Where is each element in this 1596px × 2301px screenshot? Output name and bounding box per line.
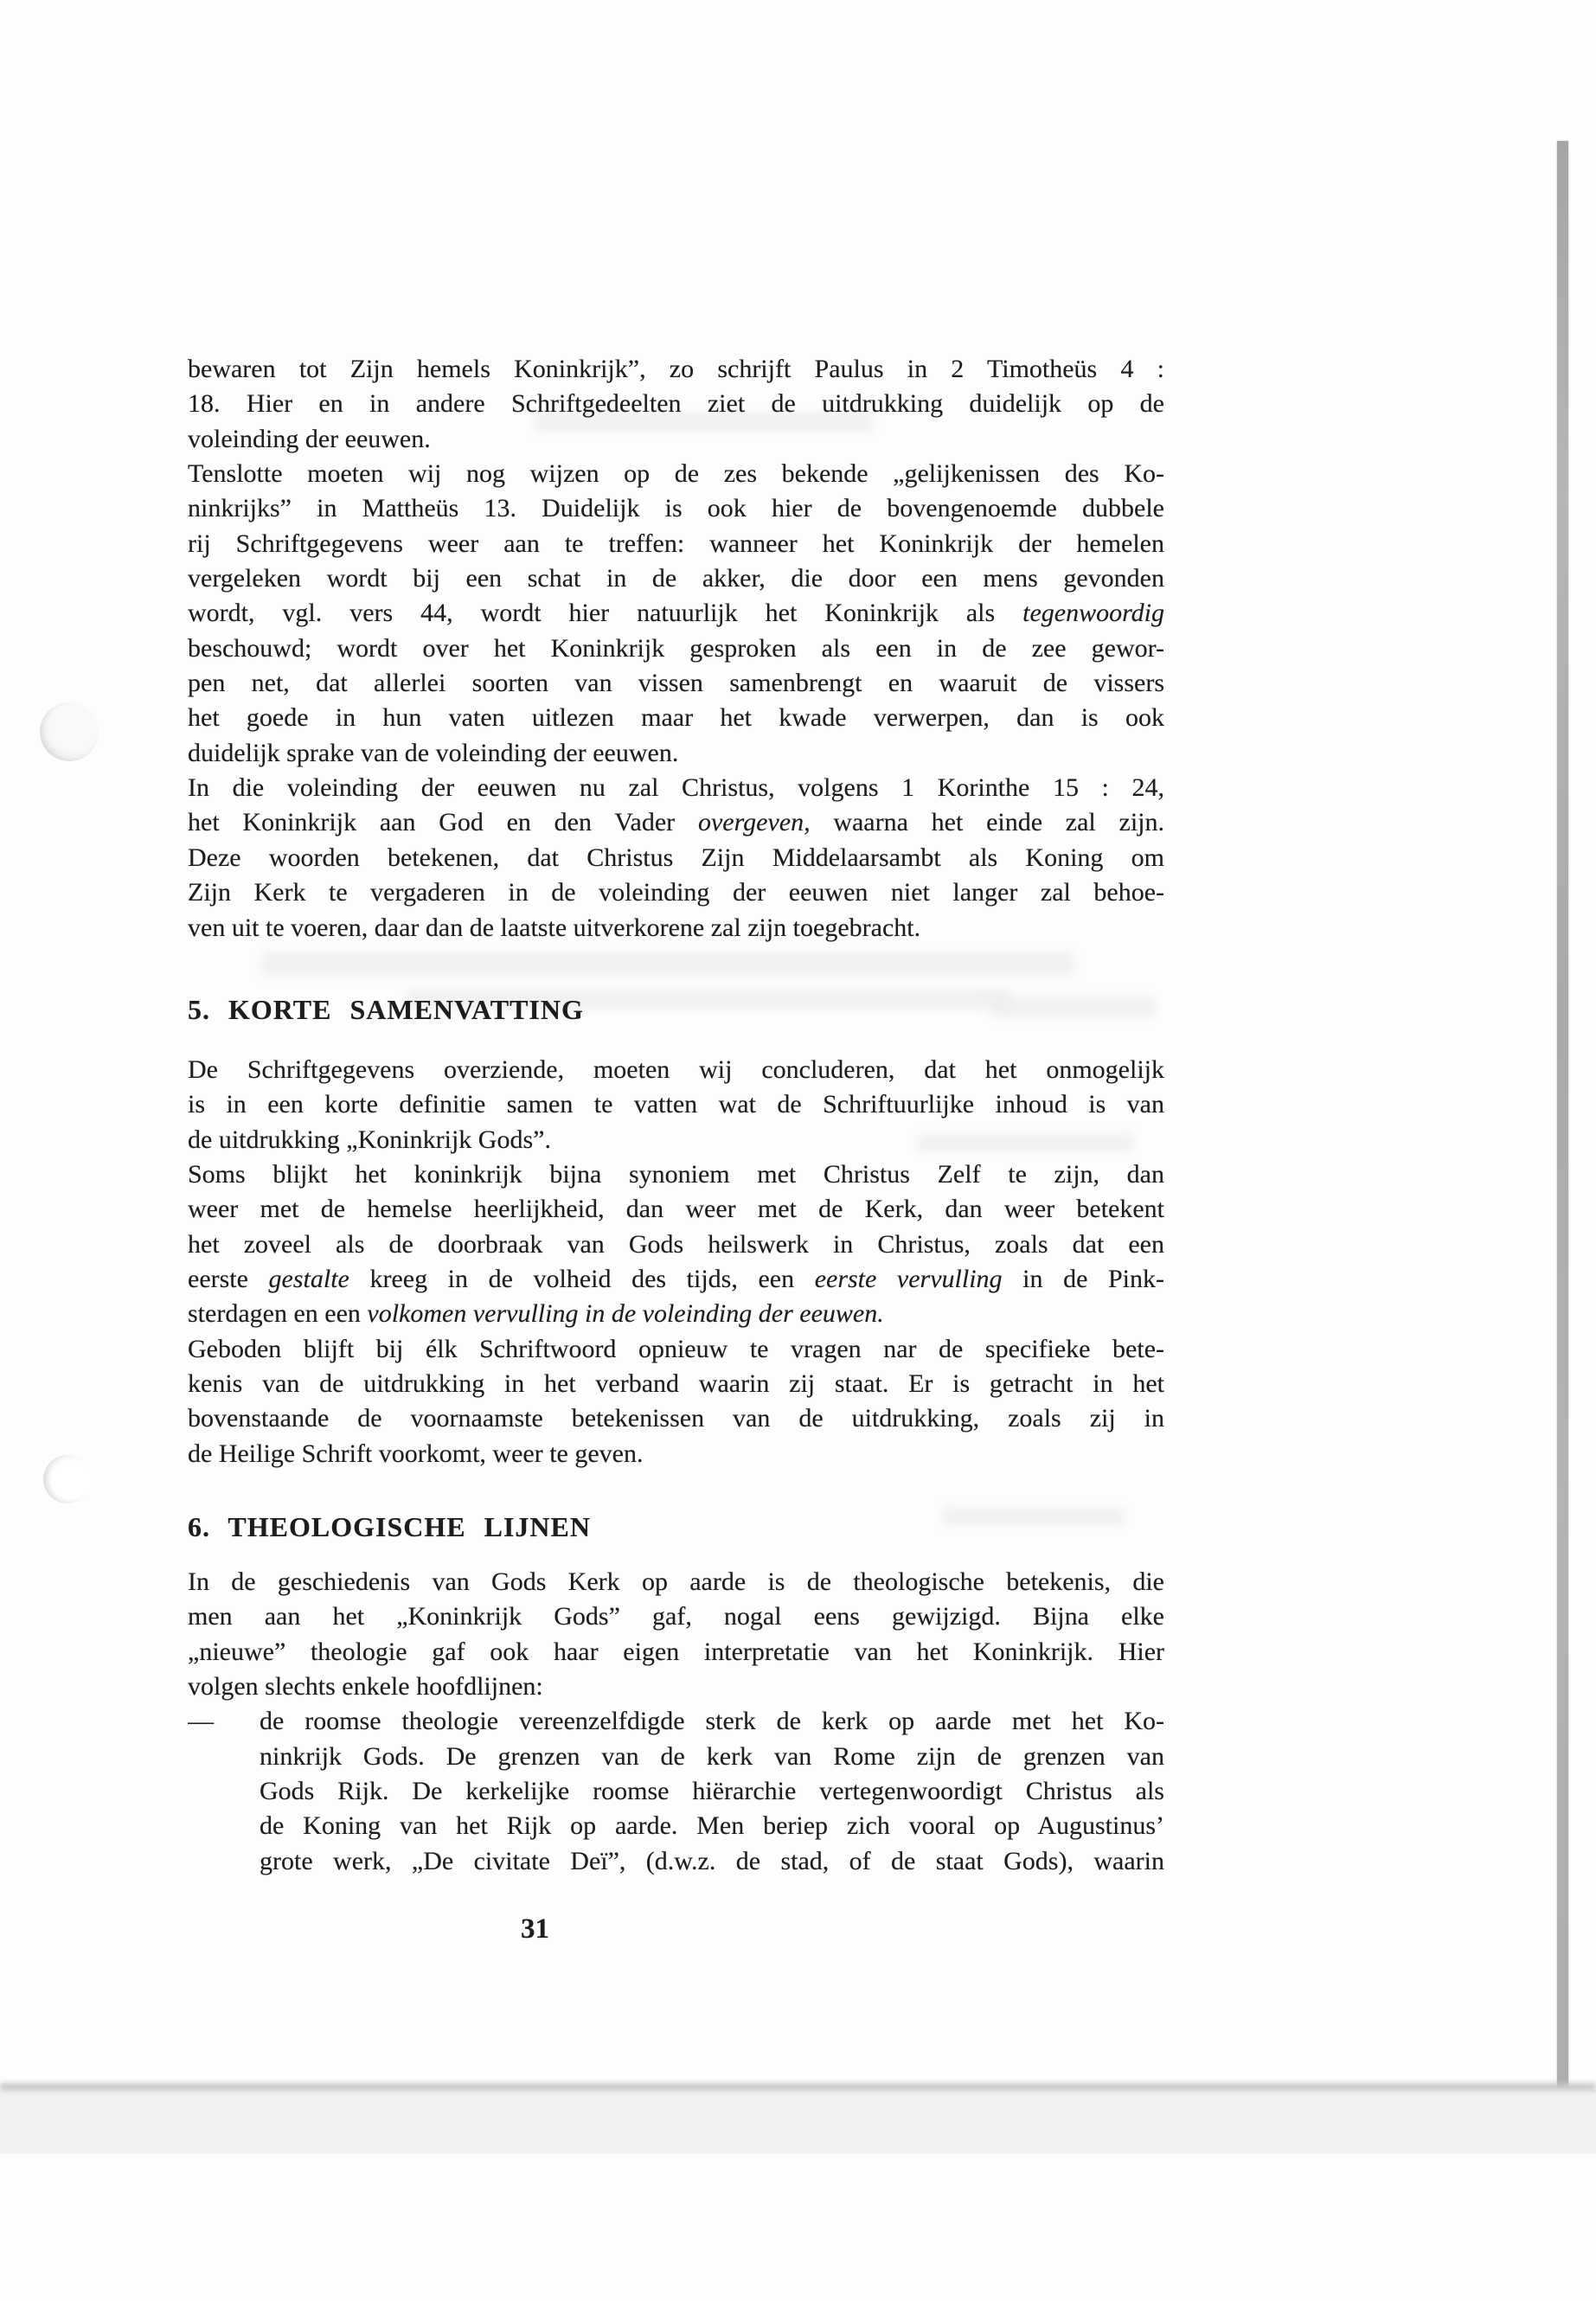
text-line: volgen slechts enkele hoofdlijnen: xyxy=(188,1670,1164,1704)
text-line: is in een korte definitie samen te vatte… xyxy=(188,1087,1164,1122)
text-line: ninkrijks” in Mattheüs 13. Duidelijk is … xyxy=(188,491,1164,526)
text-segment: kreeg in de volheid des tijds, een xyxy=(349,1265,815,1293)
italic-text-segment: tegenwoordig xyxy=(1022,599,1164,627)
text-line: de uitdrukking „Koninkrijk Gods”. xyxy=(188,1123,1164,1157)
text-line: weer met de hemelse heerlijkheid, dan we… xyxy=(188,1192,1164,1227)
text-line: pen net, dat allerlei soorten van vissen… xyxy=(188,666,1164,701)
text-line: bovenstaande de voornaamste betekenissen… xyxy=(188,1401,1164,1436)
text-line: vergeleken wordt bij een schat in de akk… xyxy=(188,561,1164,596)
text-line: Gods Rijk. De kerkelijke roomse hiërarch… xyxy=(188,1774,1164,1809)
text-line: kenis van de uitdrukking in het verband … xyxy=(188,1367,1164,1401)
text-segment: In die voleinding der eeuwen nu zal Chri… xyxy=(188,773,1164,802)
text-segment: grote werk, „De civitate Deï”, (d.w.z. d… xyxy=(260,1847,1164,1875)
text-segment: bovenstaande de voornaamste betekenissen… xyxy=(188,1404,1164,1433)
text-line: In de geschiedenis van Gods Kerk op aard… xyxy=(188,1565,1164,1599)
text-line: duidelijk sprake van de voleinding der e… xyxy=(188,736,1164,771)
text-segment: Deze woorden betekenen, dat Christus Zij… xyxy=(188,843,1164,872)
text-line: de Koning van het Rijk op aarde. Men ber… xyxy=(188,1809,1164,1843)
text-line: „nieuwe” theologie gaf ook haar eigen in… xyxy=(188,1635,1164,1670)
text-segment: de Heilige Schrift voorkomt, weer te gev… xyxy=(188,1439,644,1468)
text-line: Zijn Kerk te vergaderen in de voleinding… xyxy=(188,875,1164,910)
text-segment: rij Schriftgegevens weer aan te treffen:… xyxy=(188,529,1164,558)
text-column: bewaren tot Zijn hemels Koninkrijk”, zo … xyxy=(188,352,1164,1879)
text-segment: eerste xyxy=(188,1265,269,1293)
page-bottom-band xyxy=(0,2090,1596,2154)
text-segment: het Koninkrijk aan God en den Vader xyxy=(188,808,698,836)
text-line: ven uit te voeren, daar dan de laatste u… xyxy=(188,911,1164,945)
text-line: het Koninkrijk aan God en den Vader over… xyxy=(188,805,1164,840)
text-segment: volgen slechts enkele hoofdlijnen: xyxy=(188,1672,543,1701)
paragraph: In de geschiedenis van Gods Kerk op aard… xyxy=(188,1565,1164,1879)
punch-hole-bottom xyxy=(43,1455,92,1503)
italic-text-segment: overgeven, xyxy=(698,808,811,836)
text-segment: duidelijk sprake van de voleinding der e… xyxy=(188,739,678,767)
text-line: men aan het „Koninkrijk Gods” gaf, nogal… xyxy=(188,1599,1164,1634)
text-segment: pen net, dat allerlei soorten van vissen… xyxy=(188,669,1164,697)
text-line: ninkrijk Gods. De grenzen van de kerk va… xyxy=(188,1740,1164,1774)
text-line: beschouwd; wordt over het Koninkrijk ges… xyxy=(188,631,1164,666)
text-segment: bewaren tot Zijn hemels Koninkrijk”, zo … xyxy=(188,355,1164,383)
text-line: De Schriftgegevens overziende, moeten wi… xyxy=(188,1053,1164,1087)
italic-text-segment: gestalte xyxy=(269,1265,349,1293)
text-line: voleinding der eeuwen. xyxy=(188,422,1164,457)
text-line: Geboden blijft bij élk Schriftwoord opni… xyxy=(188,1332,1164,1367)
text-segment: het zoveel als de doorbraak van Gods hei… xyxy=(188,1230,1164,1259)
text-segment: Zijn Kerk te vergaderen in de voleinding… xyxy=(188,878,1164,907)
text-segment: wordt, vgl. vers 44, wordt hier natuurli… xyxy=(188,599,1022,627)
text-segment: Soms blijkt het koninkrijk bijna synonie… xyxy=(188,1160,1164,1189)
punch-hole-top xyxy=(40,702,99,761)
text-segment: vergeleken wordt bij een schat in de akk… xyxy=(188,564,1164,593)
text-line: Tenslotte moeten wij nog wijzen op de ze… xyxy=(188,457,1164,491)
text-line: In die voleinding der eeuwen nu zal Chri… xyxy=(188,771,1164,805)
text-line: rij Schriftgegevens weer aan te treffen:… xyxy=(188,527,1164,561)
text-segment: het goede in hun vaten uitlezen maar het… xyxy=(188,703,1164,732)
italic-text-segment: eerste vervulling xyxy=(815,1265,1003,1293)
text-line: het goede in hun vaten uitlezen maar het… xyxy=(188,701,1164,735)
text-line: Soms blijkt het koninkrijk bijna synonie… xyxy=(188,1157,1164,1192)
paragraph: De Schriftgegevens overziende, moeten wi… xyxy=(188,1053,1164,1471)
text-segment: de uitdrukking „Koninkrijk Gods”. xyxy=(188,1125,551,1154)
text-segment: 18. Hier en in andere Schriftgedeelten z… xyxy=(188,389,1164,418)
page-number: 31 xyxy=(521,1913,549,1945)
text-segment: de roomse theologie vereenzelfdigde ster… xyxy=(260,1707,1164,1735)
text-segment: sterdagen en een xyxy=(188,1299,367,1328)
section-heading: 6. THEOLOGISCHE LIJNEN xyxy=(188,1509,1164,1544)
scanner-strip-artifact xyxy=(1557,141,1568,2087)
text-segment: De Schriftgegevens overziende, moeten wi… xyxy=(188,1055,1164,1084)
text-line: grote werk, „De civitate Deï”, (d.w.z. d… xyxy=(188,1844,1164,1879)
text-segment: men aan het „Koninkrijk Gods” gaf, nogal… xyxy=(188,1602,1164,1631)
text-segment: kenis van de uitdrukking in het verband … xyxy=(188,1369,1164,1398)
text-segment: Gods Rijk. De kerkelijke roomse hiërarch… xyxy=(260,1777,1164,1805)
text-segment: is in een korte definitie samen te vatte… xyxy=(188,1090,1164,1118)
text-segment: „nieuwe” theologie gaf ook haar eigen in… xyxy=(188,1638,1164,1666)
text-line: bewaren tot Zijn hemels Koninkrijk”, zo … xyxy=(188,352,1164,387)
text-line: de Heilige Schrift voorkomt, weer te gev… xyxy=(188,1437,1164,1471)
text-segment: de Koning van het Rijk op aarde. Men ber… xyxy=(260,1811,1164,1840)
section-heading: 5. KORTE SAMENVATTING xyxy=(188,992,1164,1027)
text-line: —de roomse theologie vereenzelfdigde ste… xyxy=(188,1704,1164,1739)
text-segment: Tenslotte moeten wij nog wijzen op de ze… xyxy=(188,459,1164,488)
text-segment: ninkrijk Gods. De grenzen van de kerk va… xyxy=(260,1742,1164,1771)
text-line: het zoveel als de doorbraak van Gods hei… xyxy=(188,1227,1164,1262)
text-segment: ven uit te voeren, daar dan de laatste u… xyxy=(188,913,920,942)
text-line: sterdagen en een volkomen vervulling in … xyxy=(188,1297,1164,1331)
text-segment: ninkrijks” in Mattheüs 13. Duidelijk is … xyxy=(188,494,1164,522)
text-segment: voleinding der eeuwen. xyxy=(188,425,431,453)
paragraph: bewaren tot Zijn hemels Koninkrijk”, zo … xyxy=(188,352,1164,945)
text-line: Deze woorden betekenen, dat Christus Zij… xyxy=(188,841,1164,875)
text-segment: In de geschiedenis van Gods Kerk op aard… xyxy=(188,1567,1164,1596)
italic-text-segment: volkomen vervulling in de voleinding der… xyxy=(367,1299,883,1328)
text-line: eerste gestalte kreeg in de volheid des … xyxy=(188,1262,1164,1297)
text-segment: weer met de hemelse heerlijkheid, dan we… xyxy=(188,1195,1164,1223)
text-line: 18. Hier en in andere Schriftgedeelten z… xyxy=(188,387,1164,421)
text-line: wordt, vgl. vers 44, wordt hier natuurli… xyxy=(188,596,1164,631)
list-dash: — xyxy=(188,1704,214,1739)
text-segment: Geboden blijft bij élk Schriftwoord opni… xyxy=(188,1335,1164,1363)
page-edge-shadow xyxy=(0,2083,1596,2091)
text-segment: waarna het einde zal zijn. xyxy=(811,808,1164,836)
text-segment: in de Pink- xyxy=(1003,1265,1164,1293)
text-segment: beschouwd; wordt over het Koninkrijk ges… xyxy=(188,634,1164,663)
